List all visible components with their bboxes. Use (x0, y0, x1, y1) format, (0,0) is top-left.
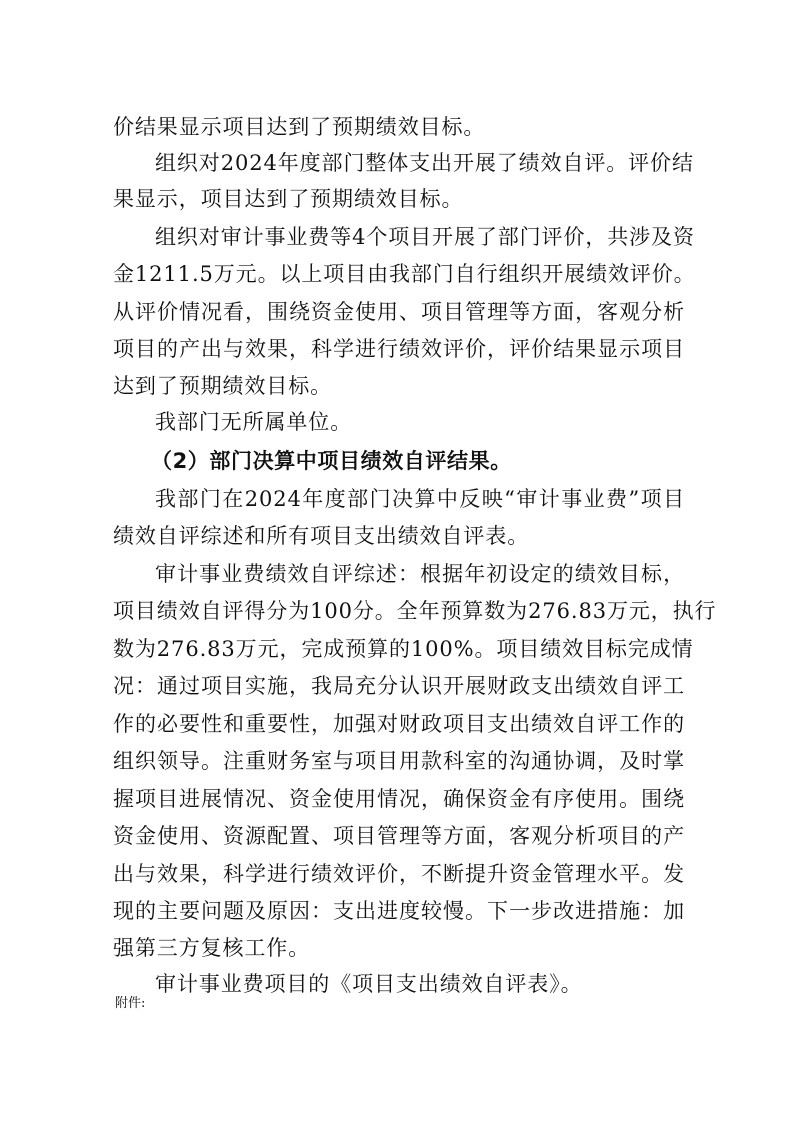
paragraph-line: 绩效自评综述和所有项目支出绩效自评表。 (113, 522, 685, 550)
paragraph-line: 从评价情况看，围绕资金使用、项目管理等方面，客观分析 (113, 298, 685, 326)
paragraph-line: 我部门无所属单位。 (155, 408, 685, 436)
paragraph-line: 审计事业费项目的《项目支出绩效自评表》。 (155, 970, 685, 998)
paragraph-line: 审计事业费绩效自评综述：根据年初设定的绩效目标， (155, 560, 685, 588)
paragraph-line: 金1211.5万元。以上项目由我部门自行组织开展绩效评价。 (113, 260, 685, 288)
paragraph-line: 项目绩效自评得分为100分。全年预算数为276.83万元，执行 (113, 597, 685, 625)
paragraph-line: 组织对审计事业费等4个项目开展了部门评价，共涉及资 (155, 223, 685, 251)
attachment-label: 附件: (115, 996, 145, 1012)
paragraph-line: 组织对2024年度部门整体支出开展了绩效自评。评价结 (155, 149, 685, 177)
paragraph-line: 达到了预期绩效目标。 (113, 372, 685, 400)
paragraph-line: 况：通过项目实施，我局充分认识开展财政支出绩效自评工 (113, 672, 685, 700)
document-page: 价结果显示项目达到了预期绩效目标。 组织对2024年度部门整体支出开展了绩效自评… (0, 0, 793, 1122)
paragraph-line: 价结果显示项目达到了预期绩效目标。 (113, 113, 685, 141)
paragraph-line: 强第三方复核工作。 (113, 934, 685, 962)
paragraph-line: 我部门在2024年度部门决算中反映“审计事业费”项目 (155, 485, 685, 513)
paragraph-line: 握项目进展情况、资金使用情况，确保资金有序使用。围绕 (113, 785, 685, 813)
paragraph-line: 项目的产出与效果，科学进行绩效评价，评价结果显示项目 (113, 335, 685, 363)
paragraph-line: 数为276.83万元，完成预算的100%。项目绩效目标完成情 (113, 635, 685, 663)
paragraph-line: 资金使用、资源配置、项目管理等方面，客观分析项目的产 (113, 822, 685, 850)
paragraph-line: 果显示，项目达到了预期绩效目标。 (113, 185, 685, 213)
paragraph-line: 组织领导。注重财务室与项目用款科室的沟通协调，及时掌 (113, 747, 685, 775)
paragraph-line: 作的必要性和重要性，加强对财政项目支出绩效自评工作的 (113, 710, 685, 738)
paragraph-line: 现的主要问题及原因：支出进度较慢。下一步改进措施：加 (113, 897, 685, 925)
paragraph-line: 出与效果，科学进行绩效评价，不断提升资金管理水平。发 (113, 860, 685, 888)
section-heading: （2）部门决算中项目绩效自评结果。 (151, 447, 723, 475)
